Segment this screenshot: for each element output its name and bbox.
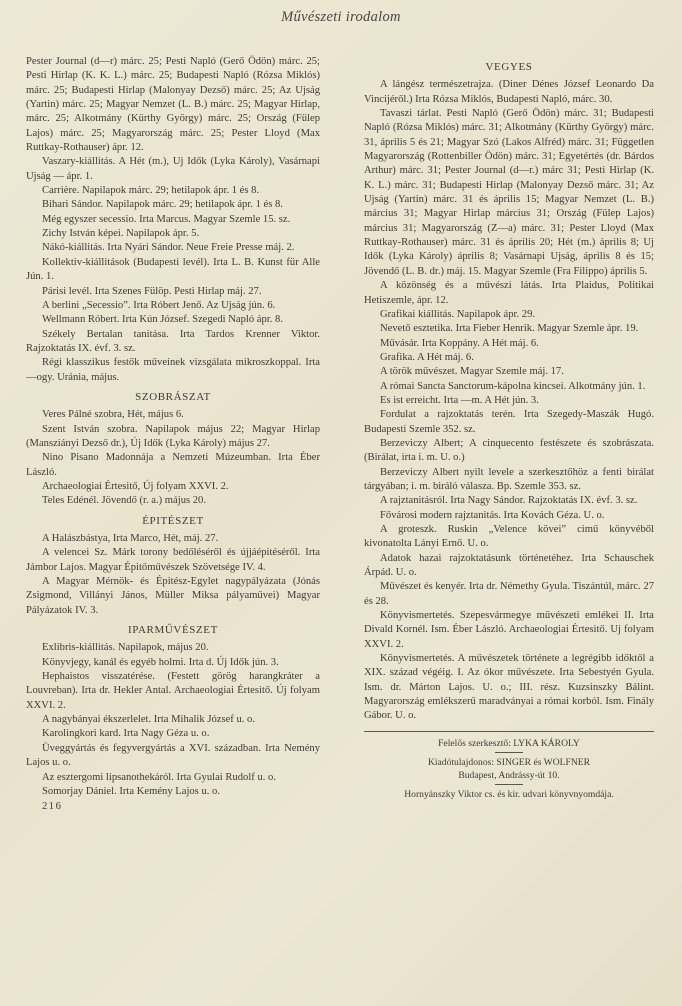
- page-running-title: Művészeti irodalom: [0, 9, 682, 26]
- bibliography-entry: Berzeviczy Albert nyilt levele a szerkes…: [364, 466, 654, 495]
- bibliography-entry: Pester Journal (d—r) márc. 25; Pesti Nap…: [26, 55, 320, 155]
- bibliography-entry: Fővárosi modern rajztanitás. Irta Kovách…: [364, 509, 654, 523]
- bibliography-entry: A Magyar Mérnök- és Épitész-Egylet nagyp…: [26, 575, 320, 618]
- printer: Hornyánszky Viktor cs. és kir. udvari kö…: [364, 788, 654, 801]
- bibliography-entry: Es ist erreicht. Irta —m. A Hét jún. 3.: [364, 394, 654, 408]
- publisher: Kiadótulajdonos: SINGER és WOLFNER: [364, 756, 654, 769]
- bibliography-entry: A velencei Sz. Márk torony bedőléséről é…: [26, 546, 320, 575]
- bibliography-entry: A Halászbástya, Irta Marco, Hét, máj. 27…: [26, 532, 320, 546]
- bibliography-entry: Tavaszi tárlat. Pesti Napló (Gerő Ödön) …: [364, 107, 654, 279]
- short-divider: [495, 784, 523, 785]
- bibliography-entry: Könyvjegy, kanál és egyéb holmi. Irta d.…: [26, 656, 320, 670]
- section-heading-iparmuveszet: IPARMŰVÉSZET: [26, 623, 320, 637]
- bibliography-entry: Kollektiv-kiállitások (Budapesti levél).…: [26, 256, 320, 285]
- bibliography-entry: Karolingkori kard. Irta Nagy Géza u. o.: [26, 727, 320, 741]
- bibliography-entry: A berlini „Secessio”. Irta Róbert Jenő. …: [26, 299, 320, 313]
- bibliography-entry: Adatok hazai rajzoktatásunk történetéhez…: [364, 552, 654, 581]
- section-heading-vegyes: VEGYES: [364, 60, 654, 74]
- bibliography-entry: Wellmann Róbert. Irta Kún József. Szeged…: [26, 313, 320, 327]
- footer-divider: [364, 731, 654, 732]
- bibliography-entry: A török művészet. Magyar Szemle máj. 17.: [364, 365, 654, 379]
- bibliography-entry: Hephaistos visszatérése. (Festett görög …: [26, 670, 320, 713]
- bibliography-entry: A római Sancta Sanctorum-kápolna kincsei…: [364, 380, 654, 394]
- bibliography-entry: Könyvismertetés. A művészetek története …: [364, 652, 654, 724]
- bibliography-entry: Carrière. Napilapok márc. 29; hetilapok …: [26, 184, 320, 198]
- bibliography-entry: Teles Edénél. Jövendő (r. a.) május 20.: [26, 494, 320, 508]
- left-column: Pester Journal (d—r) márc. 25; Pesti Nap…: [26, 55, 320, 815]
- bibliography-entry: Régi klasszikus festők műveinek vizsgála…: [26, 356, 320, 385]
- bibliography-entry: A nagybányai ékszerlelet. Irta Mihalik J…: [26, 713, 320, 727]
- short-divider: [495, 752, 523, 753]
- bibliography-entry: Székely Bertalan tanitása. Irta Tardos K…: [26, 328, 320, 357]
- section-heading-epiteszet: ÉPITÉSZET: [26, 514, 320, 528]
- colophon: Felelős szerkesztő: LYKA KÁROLY Kiadótul…: [364, 737, 654, 801]
- bibliography-entry: A közönség és a művészi látás. Irta Plai…: [364, 279, 654, 308]
- bibliography-entry: Művásár. Irta Koppány. A Hét máj. 6.: [364, 337, 654, 351]
- bibliography-entry: Exlibris-kiállitás. Napilapok, május 20.: [26, 641, 320, 655]
- bibliography-entry: Nevető esztetika. Irta Fieber Henrik. Ma…: [364, 322, 654, 336]
- bibliography-entry: Fordulat a rajzoktatás terén. Irta Szege…: [364, 408, 654, 437]
- bibliography-entry: Veres Pálné szobra, Hét, május 6.: [26, 408, 320, 422]
- bibliography-entry: A groteszk. Ruskin „Velence kövei” cimű …: [364, 523, 654, 552]
- page-number: 216: [26, 800, 320, 814]
- bibliography-entry: Vaszary-kiállitás. A Hét (m.), Uj Idők (…: [26, 155, 320, 184]
- bibliography-entry: Könyvismertetés. Szepesvármegye művészet…: [364, 609, 654, 652]
- bibliography-entry: Grafika. A Hét máj. 6.: [364, 351, 654, 365]
- bibliography-entry: Művészet és kenyér. Irta dr. Némethy Gyu…: [364, 580, 654, 609]
- bibliography-entry: Párisi levél. Irta Szenes Fülöp. Pesti H…: [26, 285, 320, 299]
- bibliography-entry: Grafikai kiállitás. Napilapok ápr. 29.: [364, 308, 654, 322]
- bibliography-entry: Még egyszer secessio. Irta Marcus. Magya…: [26, 213, 320, 227]
- bibliography-entry: Nino Pisano Madonnája a Nemzeti Múzeumba…: [26, 451, 320, 480]
- bibliography-entry: Szent István szobra. Napilapok május 22;…: [26, 423, 320, 452]
- responsible-editor: Felelős szerkesztő: LYKA KÁROLY: [364, 737, 654, 750]
- publisher-address: Budapest, Andrássy-út 10.: [364, 769, 654, 782]
- bibliography-entry: Archaeologiai Értesitő, Új folyam XXVI. …: [26, 480, 320, 494]
- bibliography-entry: Zichy István képei. Napilapok ápr. 5.: [26, 227, 320, 241]
- section-heading-szobraszat: SZOBRÁSZAT: [26, 390, 320, 404]
- bibliography-entry: Bihari Sándor. Napilapok márc. 29; hetil…: [26, 198, 320, 212]
- bibliography-entry: Berzeviczy Albert; A cinquecento festész…: [364, 437, 654, 466]
- bibliography-entry: Somorjay Dániel. Irta Kemény Lajos u. o.: [26, 785, 320, 799]
- bibliography-entry: A rajztanitásról. Irta Nagy Sándor. Rajz…: [364, 494, 654, 508]
- bibliography-entry: Az esztergomi lipsanothekáról. Irta Gyul…: [26, 771, 320, 785]
- bibliography-entry: A lángész természetrajza. (Diner Dénes J…: [364, 78, 654, 107]
- right-column: VEGYES A lángész természetrajza. (Diner …: [364, 55, 654, 801]
- bibliography-entry: Nákó-kiállitás. Irta Nyári Sándor. Neue …: [26, 241, 320, 255]
- bibliography-entry: Üveggyártás és fegyvergyártás a XVI. szá…: [26, 742, 320, 771]
